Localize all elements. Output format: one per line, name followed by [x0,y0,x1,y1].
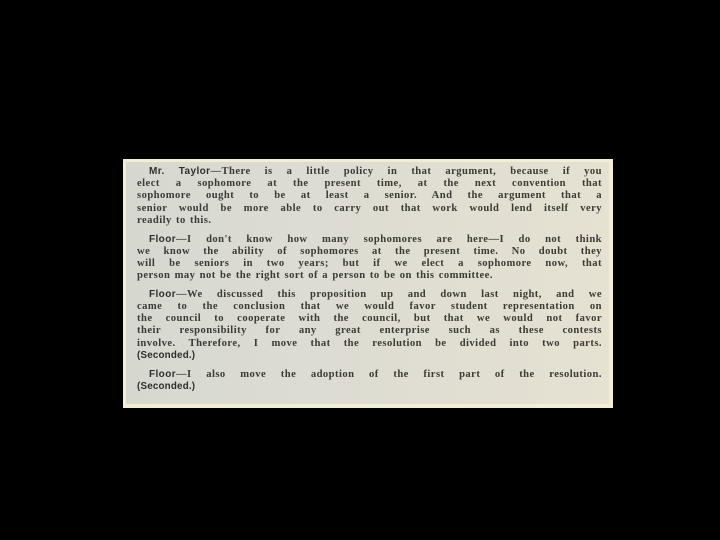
text-line: came to the conclusion that we would fav… [137,301,602,313]
speaker-name: Floor [149,289,176,300]
speaker-name: Floor [149,234,176,245]
text-line: Mr. Taylor—There is a little policy in t… [137,166,602,178]
text-line: Floor—I don't know how many sophomores a… [137,234,602,246]
text-line: we know the ability of sophomores at the… [137,246,602,258]
text-line: readily to this. [137,215,602,227]
text-line: Floor—I also move the adoption of the fi… [137,369,602,381]
paragraph-floor-2: Floor—We discussed this proposition up a… [137,289,602,362]
text-line: will be seniors in two years; but if we … [137,258,602,270]
paragraph-floor-3: Floor—I also move the adoption of the fi… [137,369,602,393]
document-body: Mr. Taylor—There is a little policy in t… [126,162,609,404]
text-line: elect a sophomore at the present time, a… [137,178,602,190]
document-clipping: Mr. Taylor—There is a little policy in t… [123,159,613,408]
speaker-name: Floor [149,369,176,380]
seconded-note: (Seconded.) [137,381,602,393]
paragraph-mr-taylor: Mr. Taylor—There is a little policy in t… [137,166,602,227]
seconded-note: (Seconded.) [137,350,602,362]
paragraph-floor-1: Floor—I don't know how many sophomores a… [137,234,602,283]
text-line: sophomore ought to be at least a senior.… [137,190,602,202]
text-line: their responsibility for any great enter… [137,325,602,337]
speaker-name: Mr. Taylor [149,166,210,177]
text-line: involve. Therefore, I move that the reso… [137,338,602,350]
text-line: Floor—We discussed this proposition up a… [137,289,602,301]
text-line: senior would be more able to carry out t… [137,203,602,215]
text-line: person may not be the right sort of a pe… [137,270,602,282]
text-line: the council to cooperate with the counci… [137,313,602,325]
